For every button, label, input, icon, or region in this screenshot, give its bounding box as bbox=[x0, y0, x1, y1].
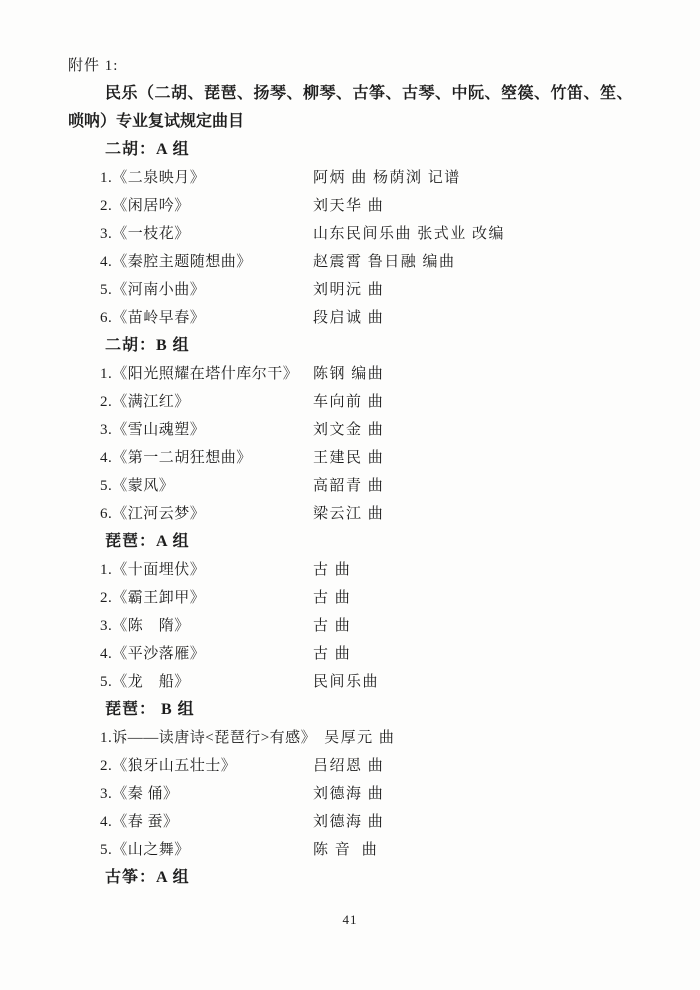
piece-title: 2.《闲居吟》 bbox=[100, 192, 305, 220]
composer-credit: 吴厚元 曲 bbox=[324, 724, 395, 752]
document-title-line2: 唢呐）专业复试规定曲目 bbox=[68, 108, 634, 136]
piece-title: 2.《霸王卸甲》 bbox=[100, 584, 305, 612]
repertoire-row: 6.《苗岭早春》 段启诚 曲 bbox=[68, 304, 634, 332]
composer-credit: 刘文金 曲 bbox=[313, 416, 384, 444]
composer-credit: 吕绍恩 曲 bbox=[313, 752, 384, 780]
composer-credit: 段启诚 曲 bbox=[313, 304, 384, 332]
composer-credit: 古 曲 bbox=[313, 612, 351, 640]
section-heading-erhu-b: 二胡：B 组 bbox=[68, 332, 634, 360]
piece-title: 5.《蒙风》 bbox=[100, 472, 305, 500]
repertoire-row: 1.《十面埋伏》 古 曲 bbox=[68, 556, 634, 584]
composer-credit: 民间乐曲 bbox=[313, 668, 379, 696]
piece-title: 5.《龙 船》 bbox=[100, 668, 305, 696]
composer-credit: 高韶青 曲 bbox=[313, 472, 384, 500]
repertoire-row: 3.《一枝花》 山东民间乐曲 张式业 改编 bbox=[68, 220, 634, 248]
piece-title: 1.《二泉映月》 bbox=[100, 164, 305, 192]
piece-title: 1.《十面埋伏》 bbox=[100, 556, 305, 584]
composer-credit: 山东民间乐曲 张式业 改编 bbox=[313, 220, 505, 248]
composer-credit: 赵震霄 鲁日融 编曲 bbox=[313, 248, 456, 276]
piece-title: 4.《平沙落雁》 bbox=[100, 640, 305, 668]
piece-title: 2.《狼牙山五壮士》 bbox=[100, 752, 305, 780]
composer-credit: 古 曲 bbox=[313, 584, 351, 612]
piece-title: 3.《一枝花》 bbox=[100, 220, 305, 248]
piece-title: 4.《春 蚕》 bbox=[100, 808, 305, 836]
repertoire-row: 4.《平沙落雁》 古 曲 bbox=[68, 640, 634, 668]
section-heading-pipa-a: 琵琶：A 组 bbox=[68, 528, 634, 556]
piece-title: 1.《阳光照耀在塔什库尔干》 bbox=[100, 360, 305, 388]
page-number: 41 bbox=[0, 912, 700, 928]
composer-credit: 古 曲 bbox=[313, 640, 351, 668]
repertoire-row: 2.《满江红》 车向前 曲 bbox=[68, 388, 634, 416]
repertoire-row: 2.《闲居吟》 刘天华 曲 bbox=[68, 192, 634, 220]
composer-credit: 刘明沅 曲 bbox=[313, 276, 384, 304]
piece-title: 3.《秦 俑》 bbox=[100, 780, 305, 808]
repertoire-row: 4.《第一二胡狂想曲》 王建民 曲 bbox=[68, 444, 634, 472]
composer-credit: 陈 音 曲 bbox=[313, 836, 378, 864]
composer-credit: 王建民 曲 bbox=[313, 444, 384, 472]
piece-title: 3.《雪山魂塑》 bbox=[100, 416, 305, 444]
repertoire-row: 2.《霸王卸甲》 古 曲 bbox=[68, 584, 634, 612]
document-title-line1: 民乐（二胡、琵琶、扬琴、柳琴、古筝、古琴、中阮、箜篌、竹笛、笙、 bbox=[68, 80, 634, 108]
repertoire-row: 3.《陈 隋》 古 曲 bbox=[68, 612, 634, 640]
composer-credit: 刘天华 曲 bbox=[313, 192, 384, 220]
repertoire-row: 1.《二泉映月》 阿炳 曲 杨荫浏 记谱 bbox=[68, 164, 634, 192]
composer-credit: 梁云江 曲 bbox=[313, 500, 384, 528]
repertoire-row: 5.《蒙风》 高韶青 曲 bbox=[68, 472, 634, 500]
piece-title: 4.《第一二胡狂想曲》 bbox=[100, 444, 305, 472]
composer-credit: 刘德海 曲 bbox=[313, 808, 384, 836]
section-heading-pipa-b: 琵琶： B 组 bbox=[68, 696, 634, 724]
repertoire-row: 5.《龙 船》 民间乐曲 bbox=[68, 668, 634, 696]
attachment-label: 附件 1: bbox=[68, 52, 634, 80]
repertoire-row: 4.《春 蚕》 刘德海 曲 bbox=[68, 808, 634, 836]
composer-credit: 陈钢 编曲 bbox=[313, 360, 384, 388]
section-heading-erhu-a: 二胡：A 组 bbox=[68, 136, 634, 164]
composer-credit: 刘德海 曲 bbox=[313, 780, 384, 808]
piece-title: 4.《秦腔主题随想曲》 bbox=[100, 248, 305, 276]
composer-credit: 车向前 曲 bbox=[313, 388, 384, 416]
piece-title: 3.《陈 隋》 bbox=[100, 612, 305, 640]
repertoire-row: 1.诉——读唐诗<琵琶行>有感》 吴厚元 曲 bbox=[68, 724, 634, 752]
repertoire-row: 4.《秦腔主题随想曲》 赵震霄 鲁日融 编曲 bbox=[68, 248, 634, 276]
composer-credit: 古 曲 bbox=[313, 556, 351, 584]
section-heading-guzheng-a: 古筝：A 组 bbox=[68, 864, 634, 892]
repertoire-row: 3.《秦 俑》 刘德海 曲 bbox=[68, 780, 634, 808]
piece-title: 2.《满江红》 bbox=[100, 388, 305, 416]
piece-title: 5.《河南小曲》 bbox=[100, 276, 305, 304]
repertoire-row: 6.《江河云梦》 梁云江 曲 bbox=[68, 500, 634, 528]
repertoire-row: 2.《狼牙山五壮士》 吕绍恩 曲 bbox=[68, 752, 634, 780]
repertoire-row: 3.《雪山魂塑》 刘文金 曲 bbox=[68, 416, 634, 444]
composer-credit: 阿炳 曲 杨荫浏 记谱 bbox=[313, 164, 461, 192]
repertoire-row: 5.《河南小曲》 刘明沅 曲 bbox=[68, 276, 634, 304]
piece-title: 6.《苗岭早春》 bbox=[100, 304, 305, 332]
piece-title: 5.《山之舞》 bbox=[100, 836, 305, 864]
piece-title: 6.《江河云梦》 bbox=[100, 500, 305, 528]
piece-title: 1.诉——读唐诗<琵琶行>有感》 bbox=[100, 724, 316, 752]
repertoire-row: 5.《山之舞》 陈 音 曲 bbox=[68, 836, 634, 864]
document-page: 附件 1: 民乐（二胡、琵琶、扬琴、柳琴、古筝、古琴、中阮、箜篌、竹笛、笙、 唢… bbox=[0, 0, 700, 990]
repertoire-row: 1.《阳光照耀在塔什库尔干》 陈钢 编曲 bbox=[68, 360, 634, 388]
